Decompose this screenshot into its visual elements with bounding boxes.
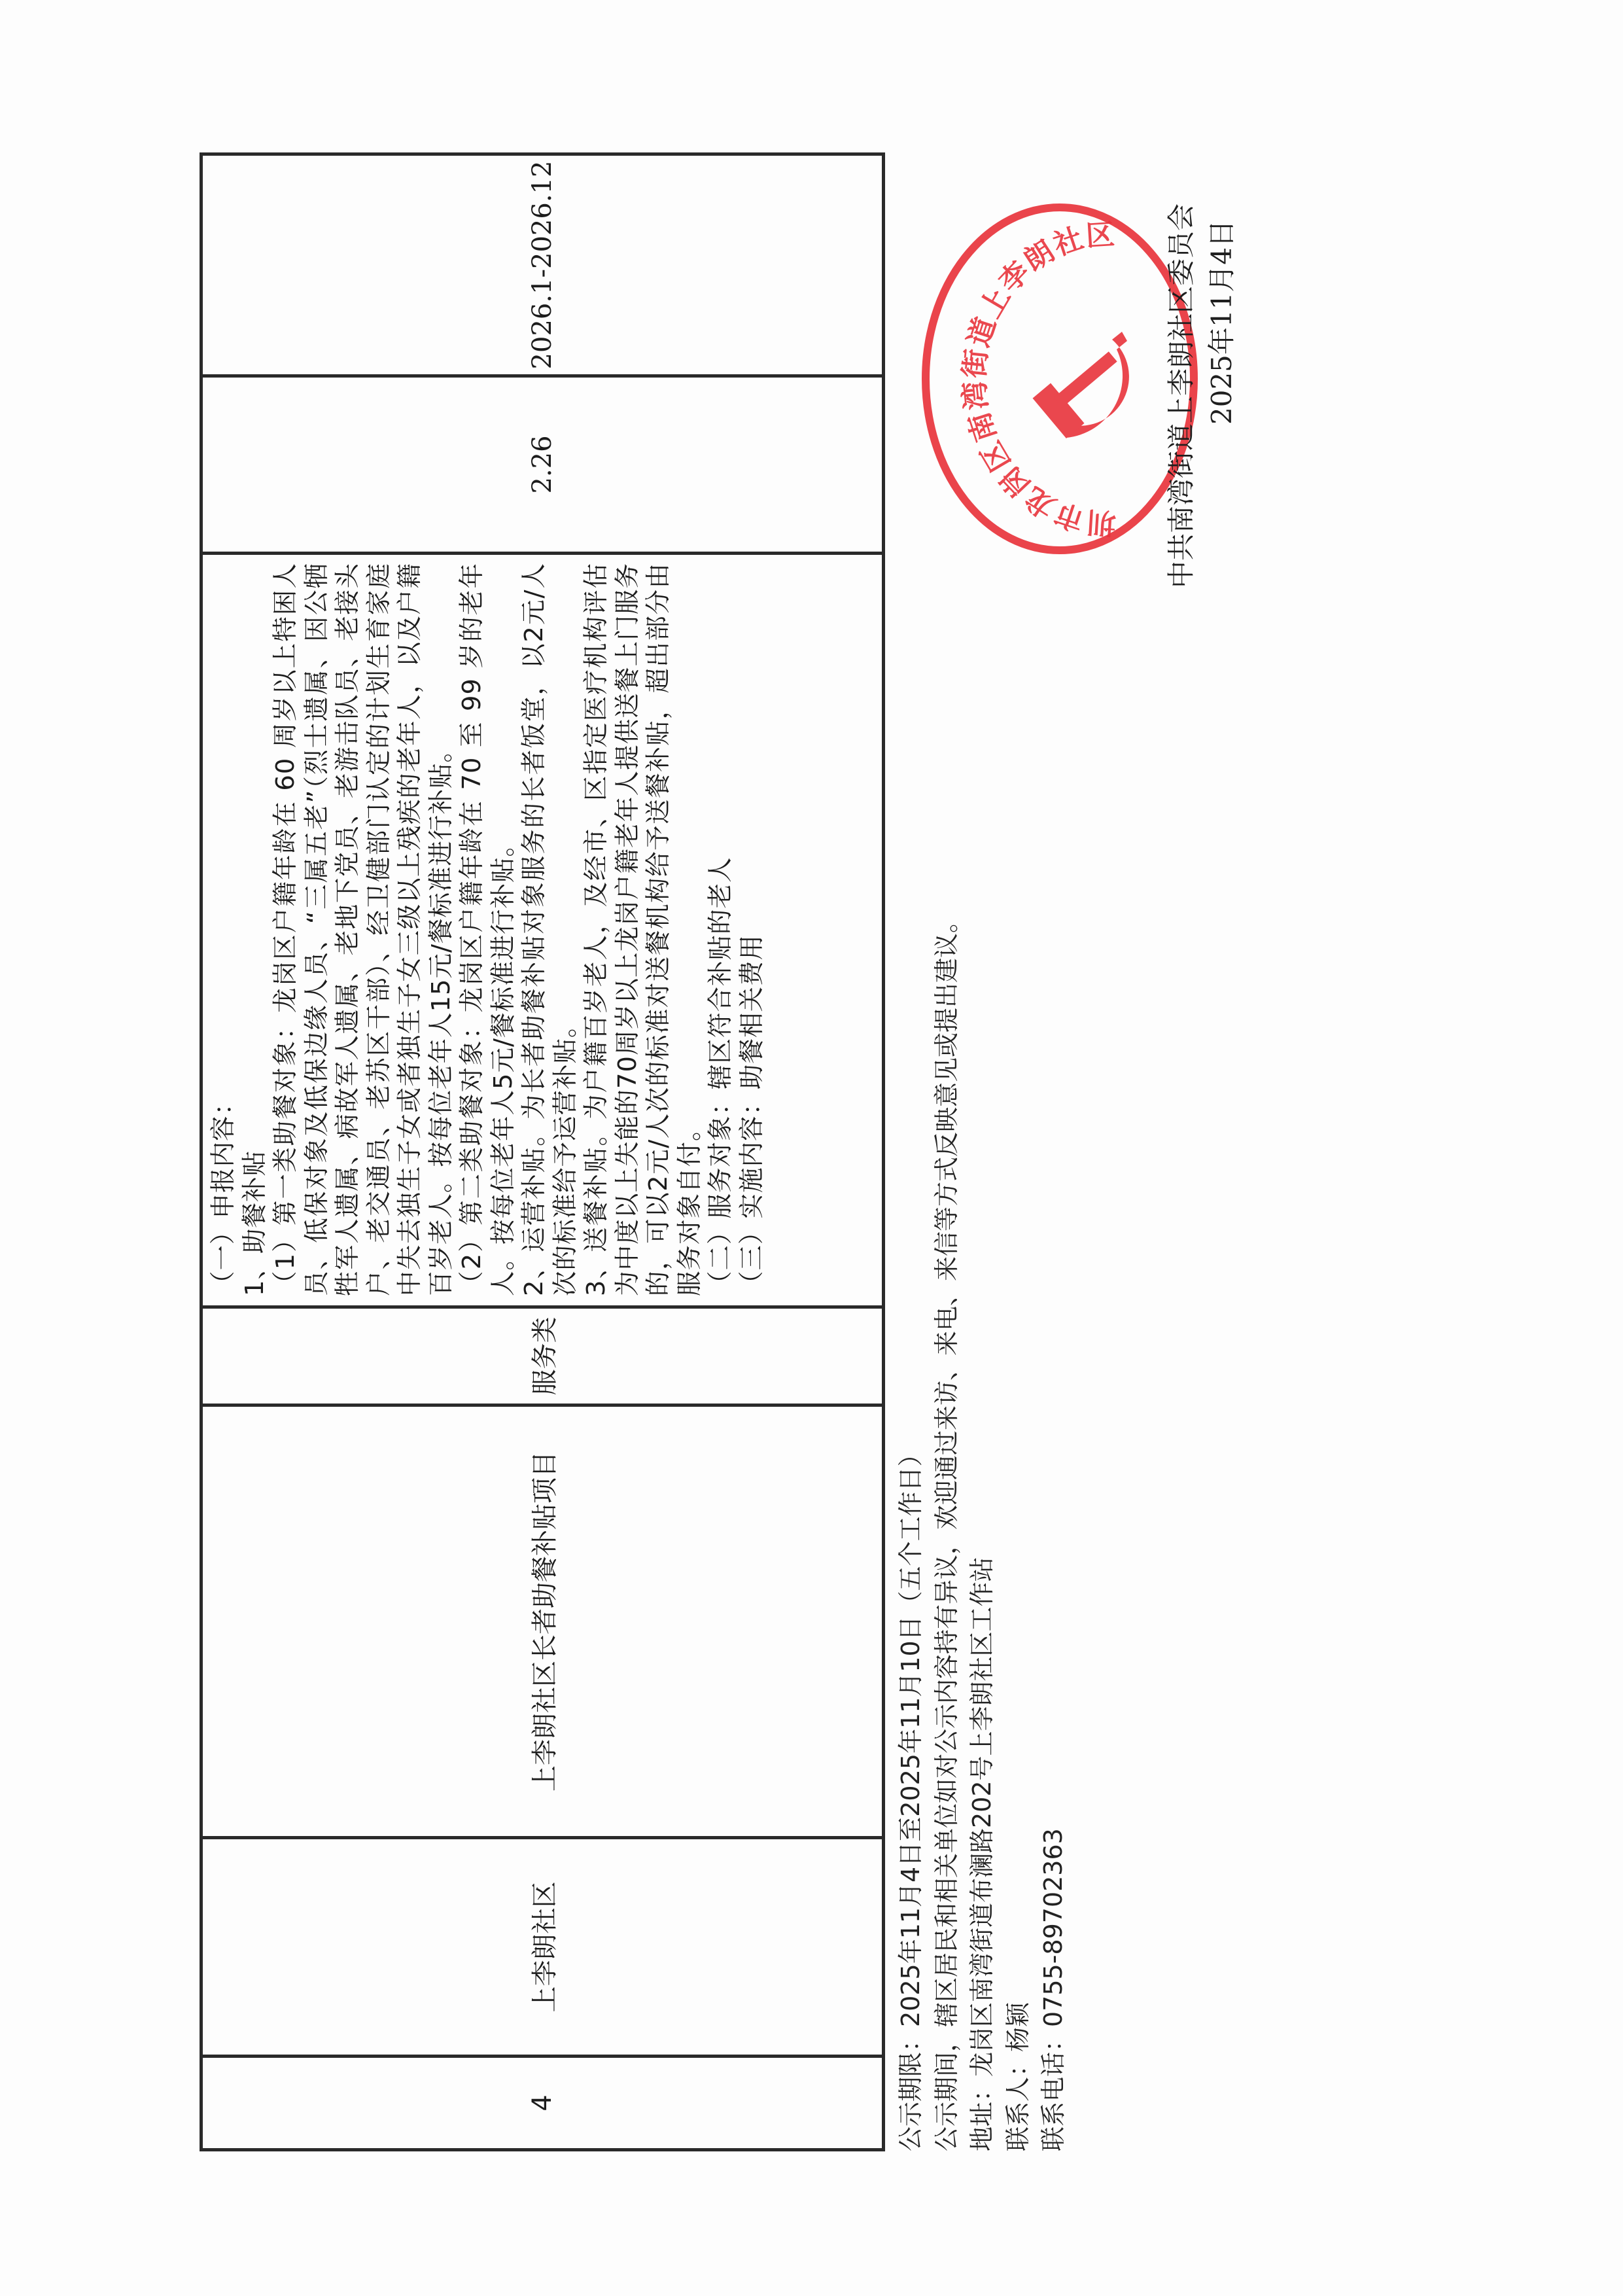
project-category: 服务类 — [524, 1317, 561, 1396]
objection-notice: 公示期间，辖区居民和相关单位如对公示内容持有异议，欢迎通过来访、来电、来信等方式… — [929, 908, 965, 2151]
notice-period: 公示期限：2025年11月4日至2025年11月10日（五个工作日） — [893, 908, 929, 2151]
rotated-page: 4 上李朗社区 上李朗社区长者助餐补贴项目 服务类 （一）申报内容： 1、助餐补… — [0, 0, 1623, 2296]
project-amount: 2.26 — [527, 435, 557, 493]
project-table: 4 上李朗社区 上李朗社区长者助餐补贴项目 服务类 （一）申报内容： 1、助餐补… — [200, 152, 885, 2151]
cell-project: 上李朗社区长者助餐补贴项目 — [203, 1404, 882, 1836]
content-line: 3、送餐补贴。为户籍百岁老人，及经市、区指定医疗机构评估为中度以上失能的70周岁… — [581, 563, 705, 1296]
cell-amount: 2.26 — [203, 374, 882, 552]
contact-person: 联系人：杨颖 — [1000, 908, 1036, 2151]
cell-period: 2026.1-2026.12 — [203, 156, 882, 374]
cell-category: 服务类 — [203, 1305, 882, 1404]
content-line: 1、助餐补贴 — [239, 563, 271, 1296]
content-line: （一）申报内容： — [208, 563, 239, 1296]
notice-footer: 公示期限：2025年11月4日至2025年11月10日（五个工作日） 公示期间，… — [893, 908, 1072, 2151]
official-seal-icon: 中共深圳市龙岗区南湾街道上李朗社区委员会 — [913, 199, 1200, 559]
svg-text:中共深圳市龙岗区南湾街道上李朗社区委员会: 中共深圳市龙岗区南湾街道上李朗社区委员会 — [913, 218, 1117, 559]
signing-organization: 中共南湾街道上李朗社区委员会 — [1160, 203, 1199, 588]
project-content: （一）申报内容： 1、助餐补贴 （1）第一类助餐对象：龙岗区户籍年龄在 60 周… — [203, 555, 767, 1305]
content-line: （三）实施内容：助餐相关费用 — [737, 563, 768, 1296]
content-line: 2、运营补贴。为长者助餐补贴对象服务的长者饭堂，以2元/人次的标准给予运营补贴。 — [519, 563, 581, 1296]
content-line: （二）服务对象：辖区符合补贴的老人 — [705, 563, 737, 1296]
project-name: 上李朗社区长者助餐补贴项目 — [524, 1451, 561, 1792]
content-line: （1）第一类助餐对象：龙岗区户籍年龄在 60 周岁以上特困人员、低保对象及低保边… — [270, 563, 457, 1296]
project-period: 2026.1-2026.12 — [527, 161, 557, 370]
community-name: 上李朗社区 — [524, 1882, 561, 2013]
signing-date: 2025年11月4日 — [1200, 220, 1240, 425]
content-line: （2）第二类助餐对象：龙岗区户籍年龄在 70 至 99 岁的老年人。按每位老年人… — [457, 563, 519, 1296]
cell-content: （一）申报内容： 1、助餐补贴 （1）第一类助餐对象：龙岗区户籍年龄在 60 周… — [203, 552, 882, 1305]
row-number: 4 — [527, 2094, 557, 2111]
address: 地址：龙岗区南湾街道布澜路202号上李朗社区工作站 — [964, 908, 1000, 2151]
contact-phone: 联系电话：0755-89702363 — [1036, 908, 1072, 2151]
cell-number: 4 — [203, 2055, 882, 2148]
cell-community: 上李朗社区 — [203, 1836, 882, 2055]
